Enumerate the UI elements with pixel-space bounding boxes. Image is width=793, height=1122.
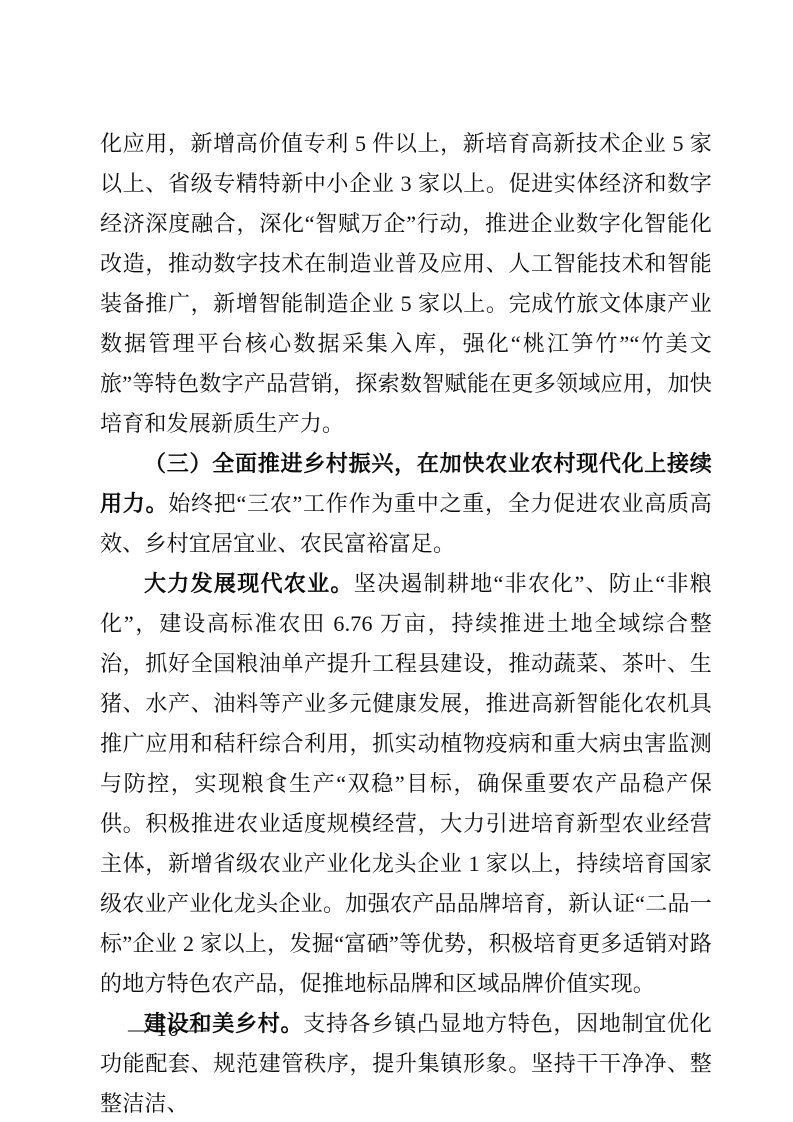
paragraph-modern-agriculture: 大力发展现代农业。坚决遏制耕地“非农化”、防止“非粮化”，建设高标准农田 6.7… — [100, 564, 712, 1004]
page-number: — 16 — — [128, 1014, 208, 1044]
paragraph-text: 坚决遏制耕地“非农化”、防止“非粮化”，建设高标准农田 6.76 万亩，持续推进… — [100, 571, 712, 996]
paragraph-section-three: （三）全面推进乡村振兴，在加快农业农村现代化上接续用力。始终把“三农”工作作为重… — [100, 444, 712, 564]
paragraph-text: 化应用，新增高价值专利 5 件以上，新培育高新技术企业 5 家以上、省级专精特新… — [100, 131, 712, 436]
paragraph-text: 始终把“三农”工作作为重中之重，全力促进农业高质高效、乡村宜居宜业、农民富裕富足… — [100, 491, 712, 556]
paragraph-continuation: 化应用，新增高价值专利 5 件以上，新培育高新技术企业 5 家以上、省级专精特新… — [100, 124, 712, 444]
lead-in-heading: 大力发展现代农业。 — [144, 571, 354, 596]
document-body: 化应用，新增高价值专利 5 件以上，新培育高新技术企业 5 家以上、省级专精特新… — [100, 124, 712, 1122]
document-page: 化应用，新增高价值专利 5 件以上，新培育高新技术企业 5 家以上、省级专精特新… — [0, 0, 793, 1122]
